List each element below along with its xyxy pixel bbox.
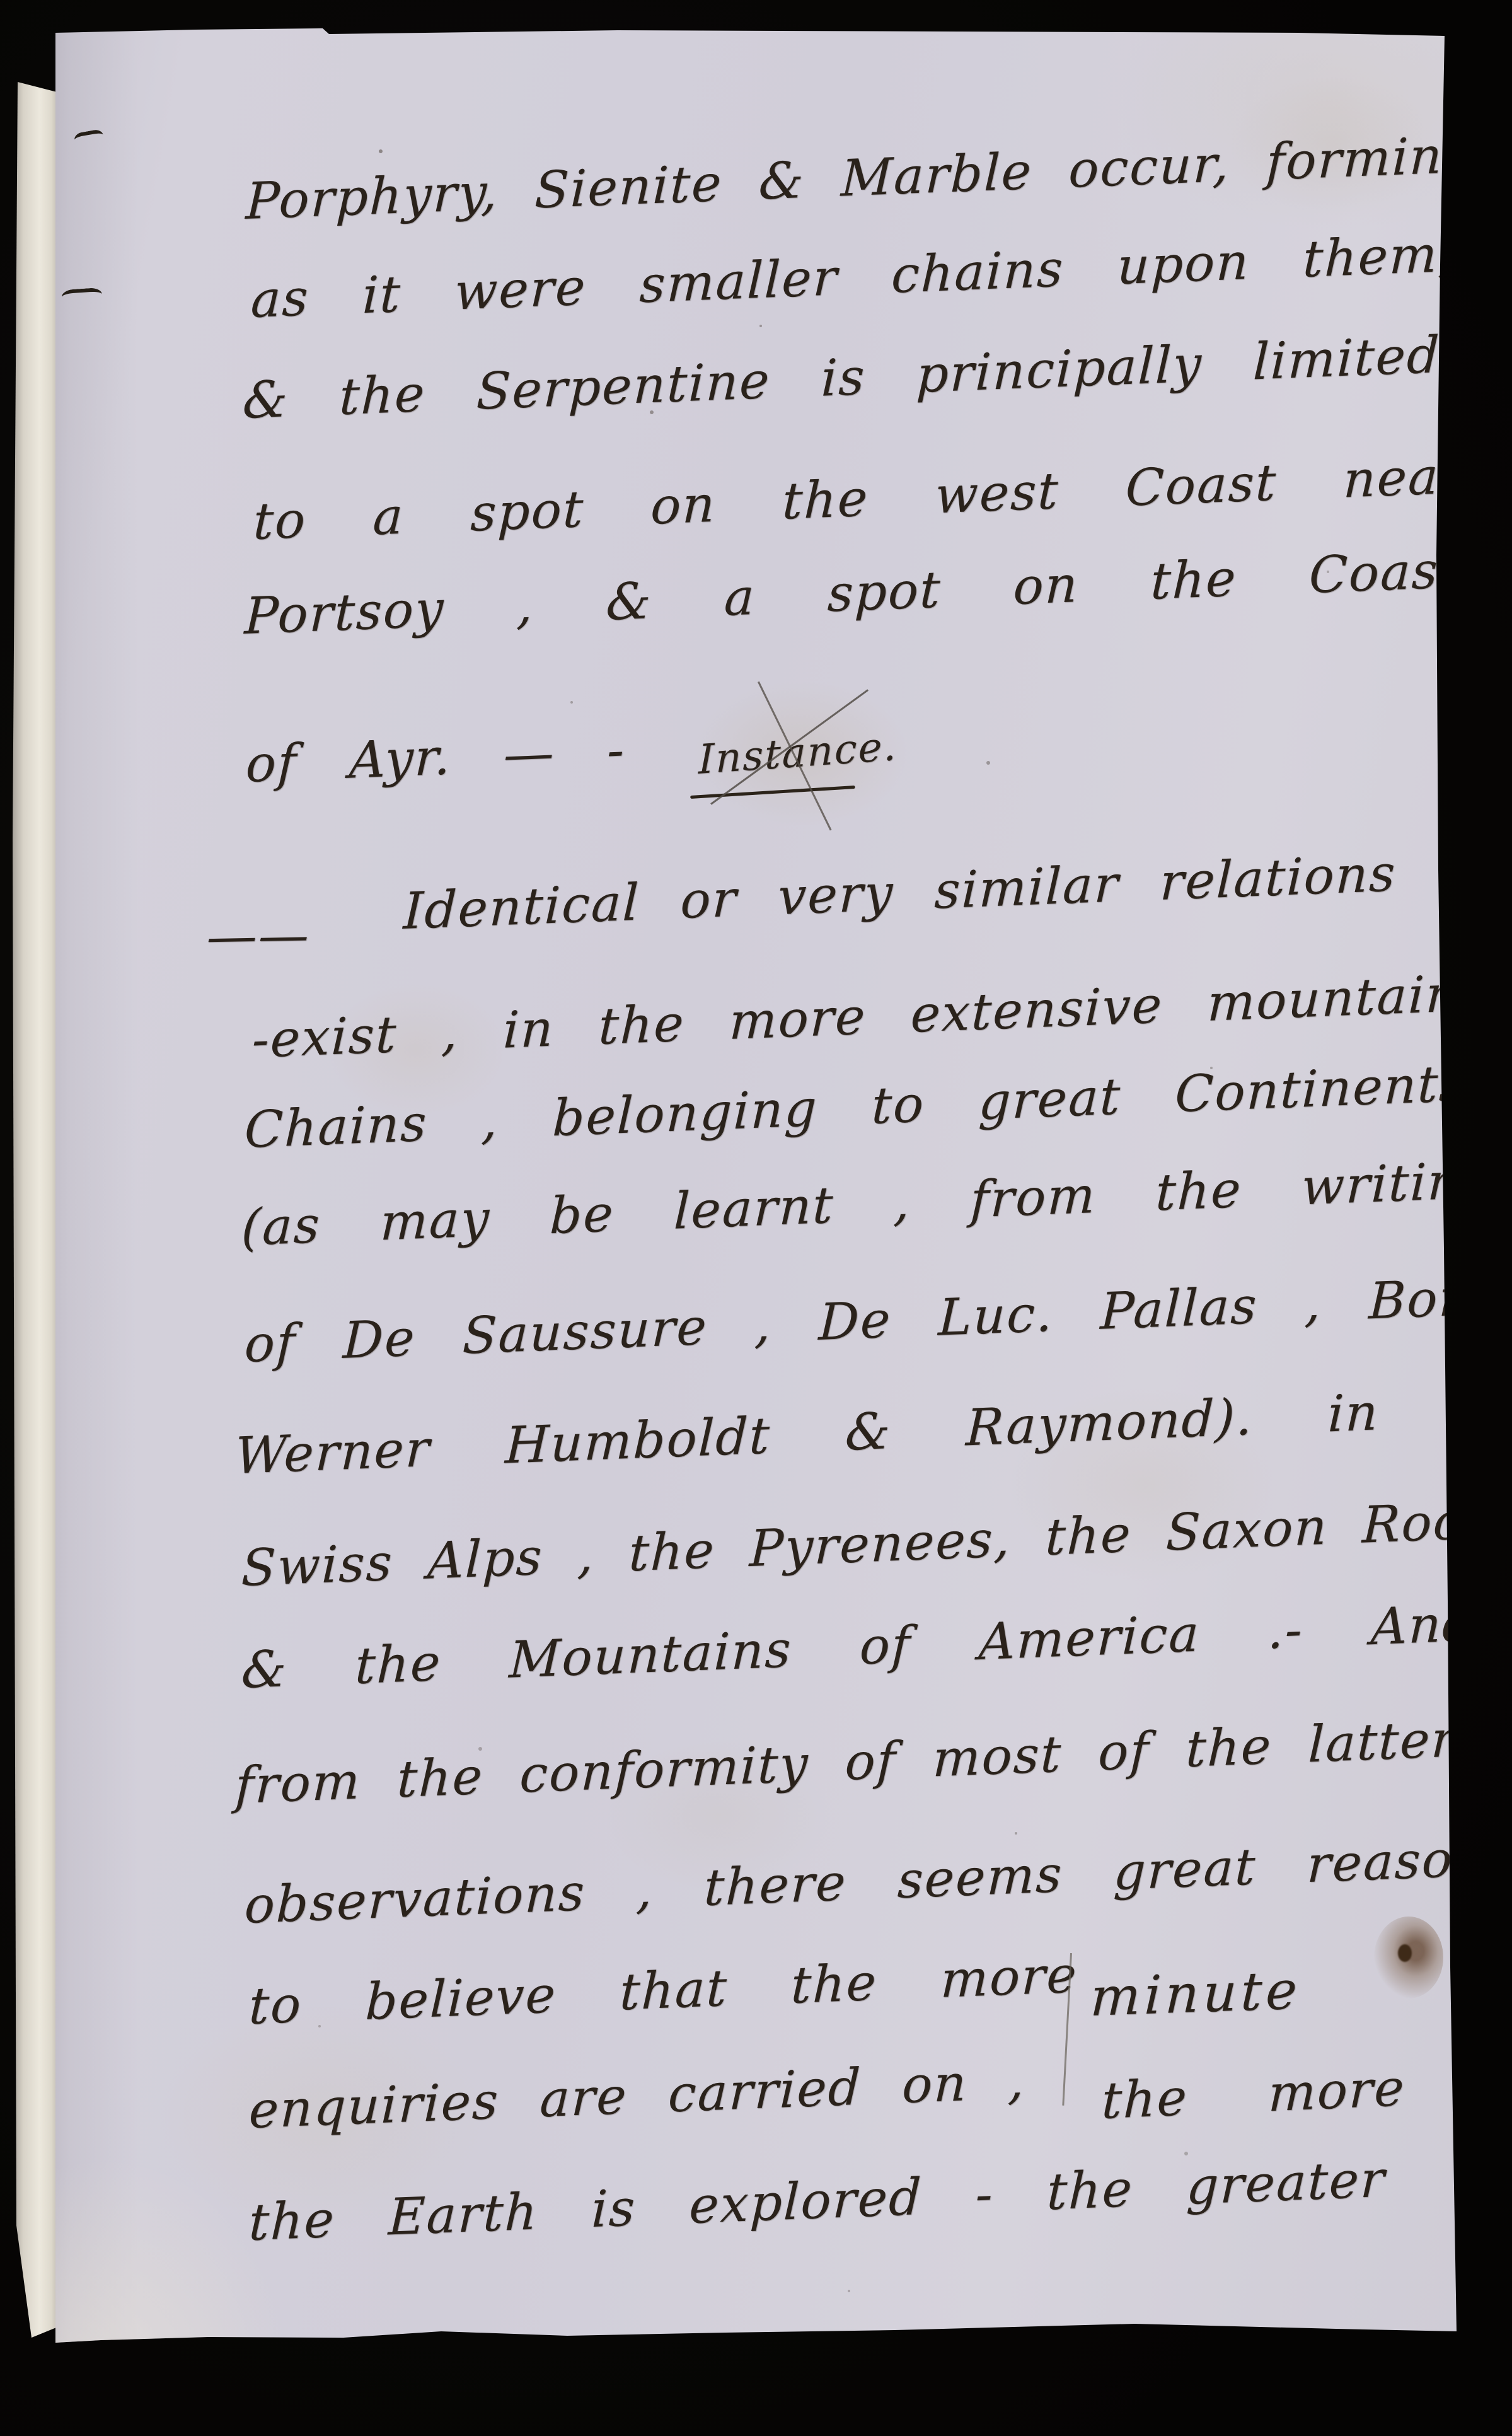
handwritten-line: to a spot on the west Coast near xyxy=(252,445,1465,552)
handwritten-line: Identical or very similar relations xyxy=(402,843,1397,942)
handwritten-line: to believe that the more xyxy=(248,1944,1078,2037)
handwritten-line: Porphyry, Sienite & Marble occur, formin… xyxy=(245,124,1477,232)
handwritten-line: enquiries are carried on , xyxy=(248,2051,1026,2142)
handwritten-line: the Earth is explored - the greater xyxy=(248,2149,1386,2253)
handwritten-line: from the conformity of most of the latte… xyxy=(234,1708,1457,1816)
handwritten-line: as it were smaller chains upon them, xyxy=(250,223,1456,330)
book-gutter-edge xyxy=(13,82,62,2342)
handwritten-line: Werner Humboldt & Raymond). in the xyxy=(234,1376,1512,1487)
manuscript-page: Porphyry, Sienite & Marble occur, formin… xyxy=(0,0,1512,2436)
handwritten-line: minute xyxy=(1089,1958,1302,2029)
handwritten-line: —— xyxy=(205,905,311,967)
margin-ink-tick xyxy=(61,287,102,304)
handwritten-line: Swiss Alps , the Pyrenees, the Saxon Roc… xyxy=(240,1488,1512,1599)
ink-blotch-right-edge xyxy=(1374,1917,1443,1998)
handwritten-line: & the Mountains of America .- And xyxy=(240,1593,1477,1701)
instance-underline-stroke xyxy=(690,786,855,799)
handwritten-line: of De Saussure , De Luc. Pallas , Born, xyxy=(243,1265,1512,1375)
photographed-manuscript: Porphyry, Sienite & Marble occur, formin… xyxy=(0,0,1512,2436)
handwritten-line: of Ayr. — - xyxy=(245,720,626,795)
handwritten-line: observations , there seems great reason xyxy=(243,1828,1487,1936)
paper-specks xyxy=(0,0,3,3)
handwritten-line: Portsoy , & a spot on the Coast xyxy=(243,540,1461,647)
handwritten-line: Instance. xyxy=(698,722,897,785)
handwritten-line: the more xyxy=(1101,2058,1406,2131)
handwritten-line: Chains , belonging to great Continents, xyxy=(243,1052,1484,1161)
handwritten-line: (as may be learnt , from the writings xyxy=(240,1149,1512,1258)
handwritten-line: -exist , in the more extensive mountain xyxy=(251,963,1460,1070)
handwritten-line: & the Serpentine is principally limited xyxy=(241,325,1441,431)
margin-ink-tick xyxy=(74,129,105,146)
